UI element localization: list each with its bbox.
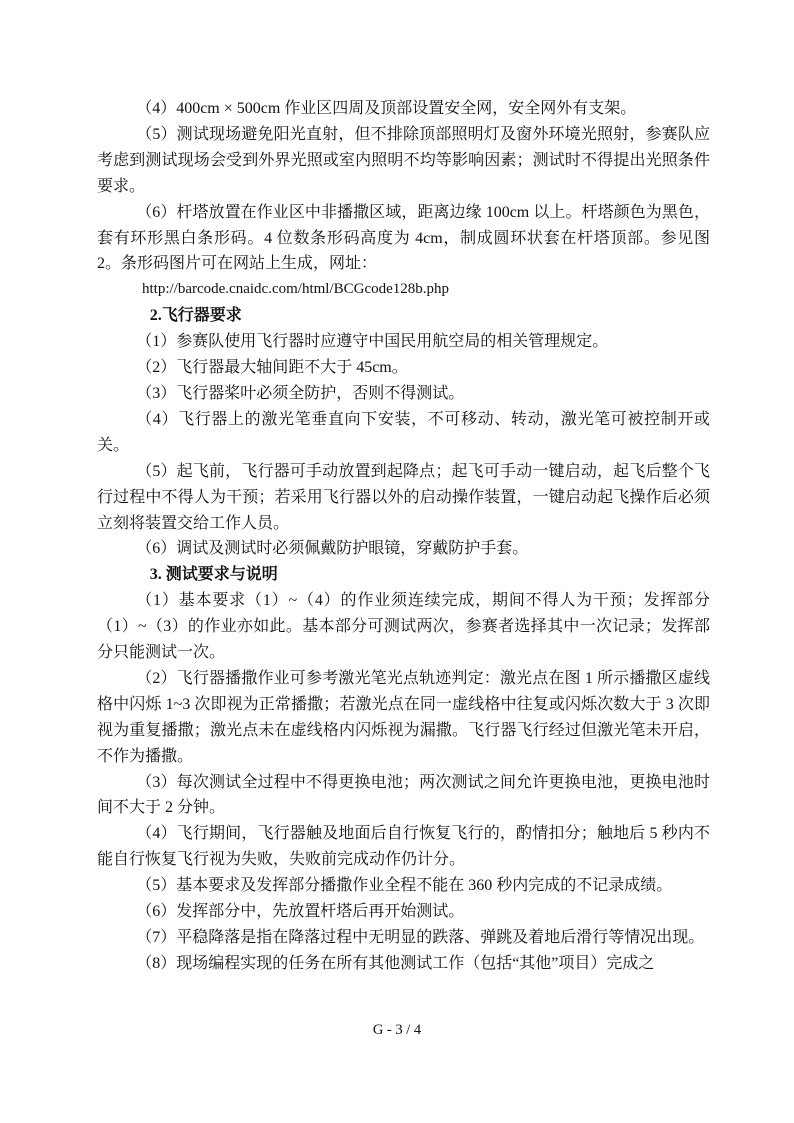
section-heading: 3. 测试要求与说明 [97,562,710,588]
paragraph: （2）飞行器播撒作业可参考激光笔光点轨迹判定：激光点在图 1 所示播撒区虚线格中… [97,666,710,770]
paragraph: （6）调试及测试时必须佩戴防护眼镜，穿戴防护手套。 [97,536,710,562]
paragraph: （1）基本要求（1）~（4）的作业须连续完成，期间不得人为干预；发挥部分（1）~… [97,588,710,666]
section-heading: 2.飞行器要求 [97,303,710,329]
url-text: http://barcode.cnaidc.com/html/BCGcode12… [97,277,710,303]
paragraph: （4）飞行器上的激光笔垂直向下安装，不可移动、转动，激光笔可被控制开或关。 [97,407,710,459]
page-number: G - 3 / 4 [0,1022,794,1039]
paragraph: （6）杆塔放置在作业区中非播撒区域，距离边缘 100cm 以上。杆塔颜色为黑色，… [97,200,710,278]
paragraph: （1）参赛队使用飞行器时应遵守中国民用航空局的相关管理规定。 [97,329,710,355]
document-page: （4）400cm × 500cm 作业区四周及顶部设置安全网，安全网外有支架。（… [0,0,794,1123]
paragraph: （2）飞行器最大轴间距不大于 45cm。 [97,355,710,381]
paragraph: （6）发挥部分中，先放置杆塔后再开始测试。 [97,899,710,925]
document-body: （4）400cm × 500cm 作业区四周及顶部设置安全网，安全网外有支架。（… [97,96,710,977]
paragraph: （3）每次测试全过程中不得更换电池；两次测试之间允许更换电池，更换电池时间不大于… [97,770,710,822]
paragraph: （4）400cm × 500cm 作业区四周及顶部设置安全网，安全网外有支架。 [97,96,710,122]
paragraph: （4）飞行期间，飞行器触及地面后自行恢复飞行的，酌情扣分；触地后 5 秒内不能自… [97,821,710,873]
paragraph: （3）飞行器桨叶必须全防护，否则不得测试。 [97,381,710,407]
paragraph: （8）现场编程实现的任务在所有其他测试工作（包括“其他”项目）完成之 [97,951,710,977]
paragraph: （5）测试现场避免阳光直射，但不排除顶部照明灯及窗外环境光照射，参赛队应考虑到测… [97,122,710,200]
paragraph: （5）起飞前，飞行器可手动放置到起降点；起飞可手动一键启动，起飞后整个飞行过程中… [97,459,710,537]
paragraph: （7）平稳降落是指在降落过程中无明显的跌落、弹跳及着地后滑行等情况出现。 [97,925,710,951]
paragraph: （5）基本要求及发挥部分播撒作业全程不能在 360 秒内完成的不记录成绩。 [97,873,710,899]
